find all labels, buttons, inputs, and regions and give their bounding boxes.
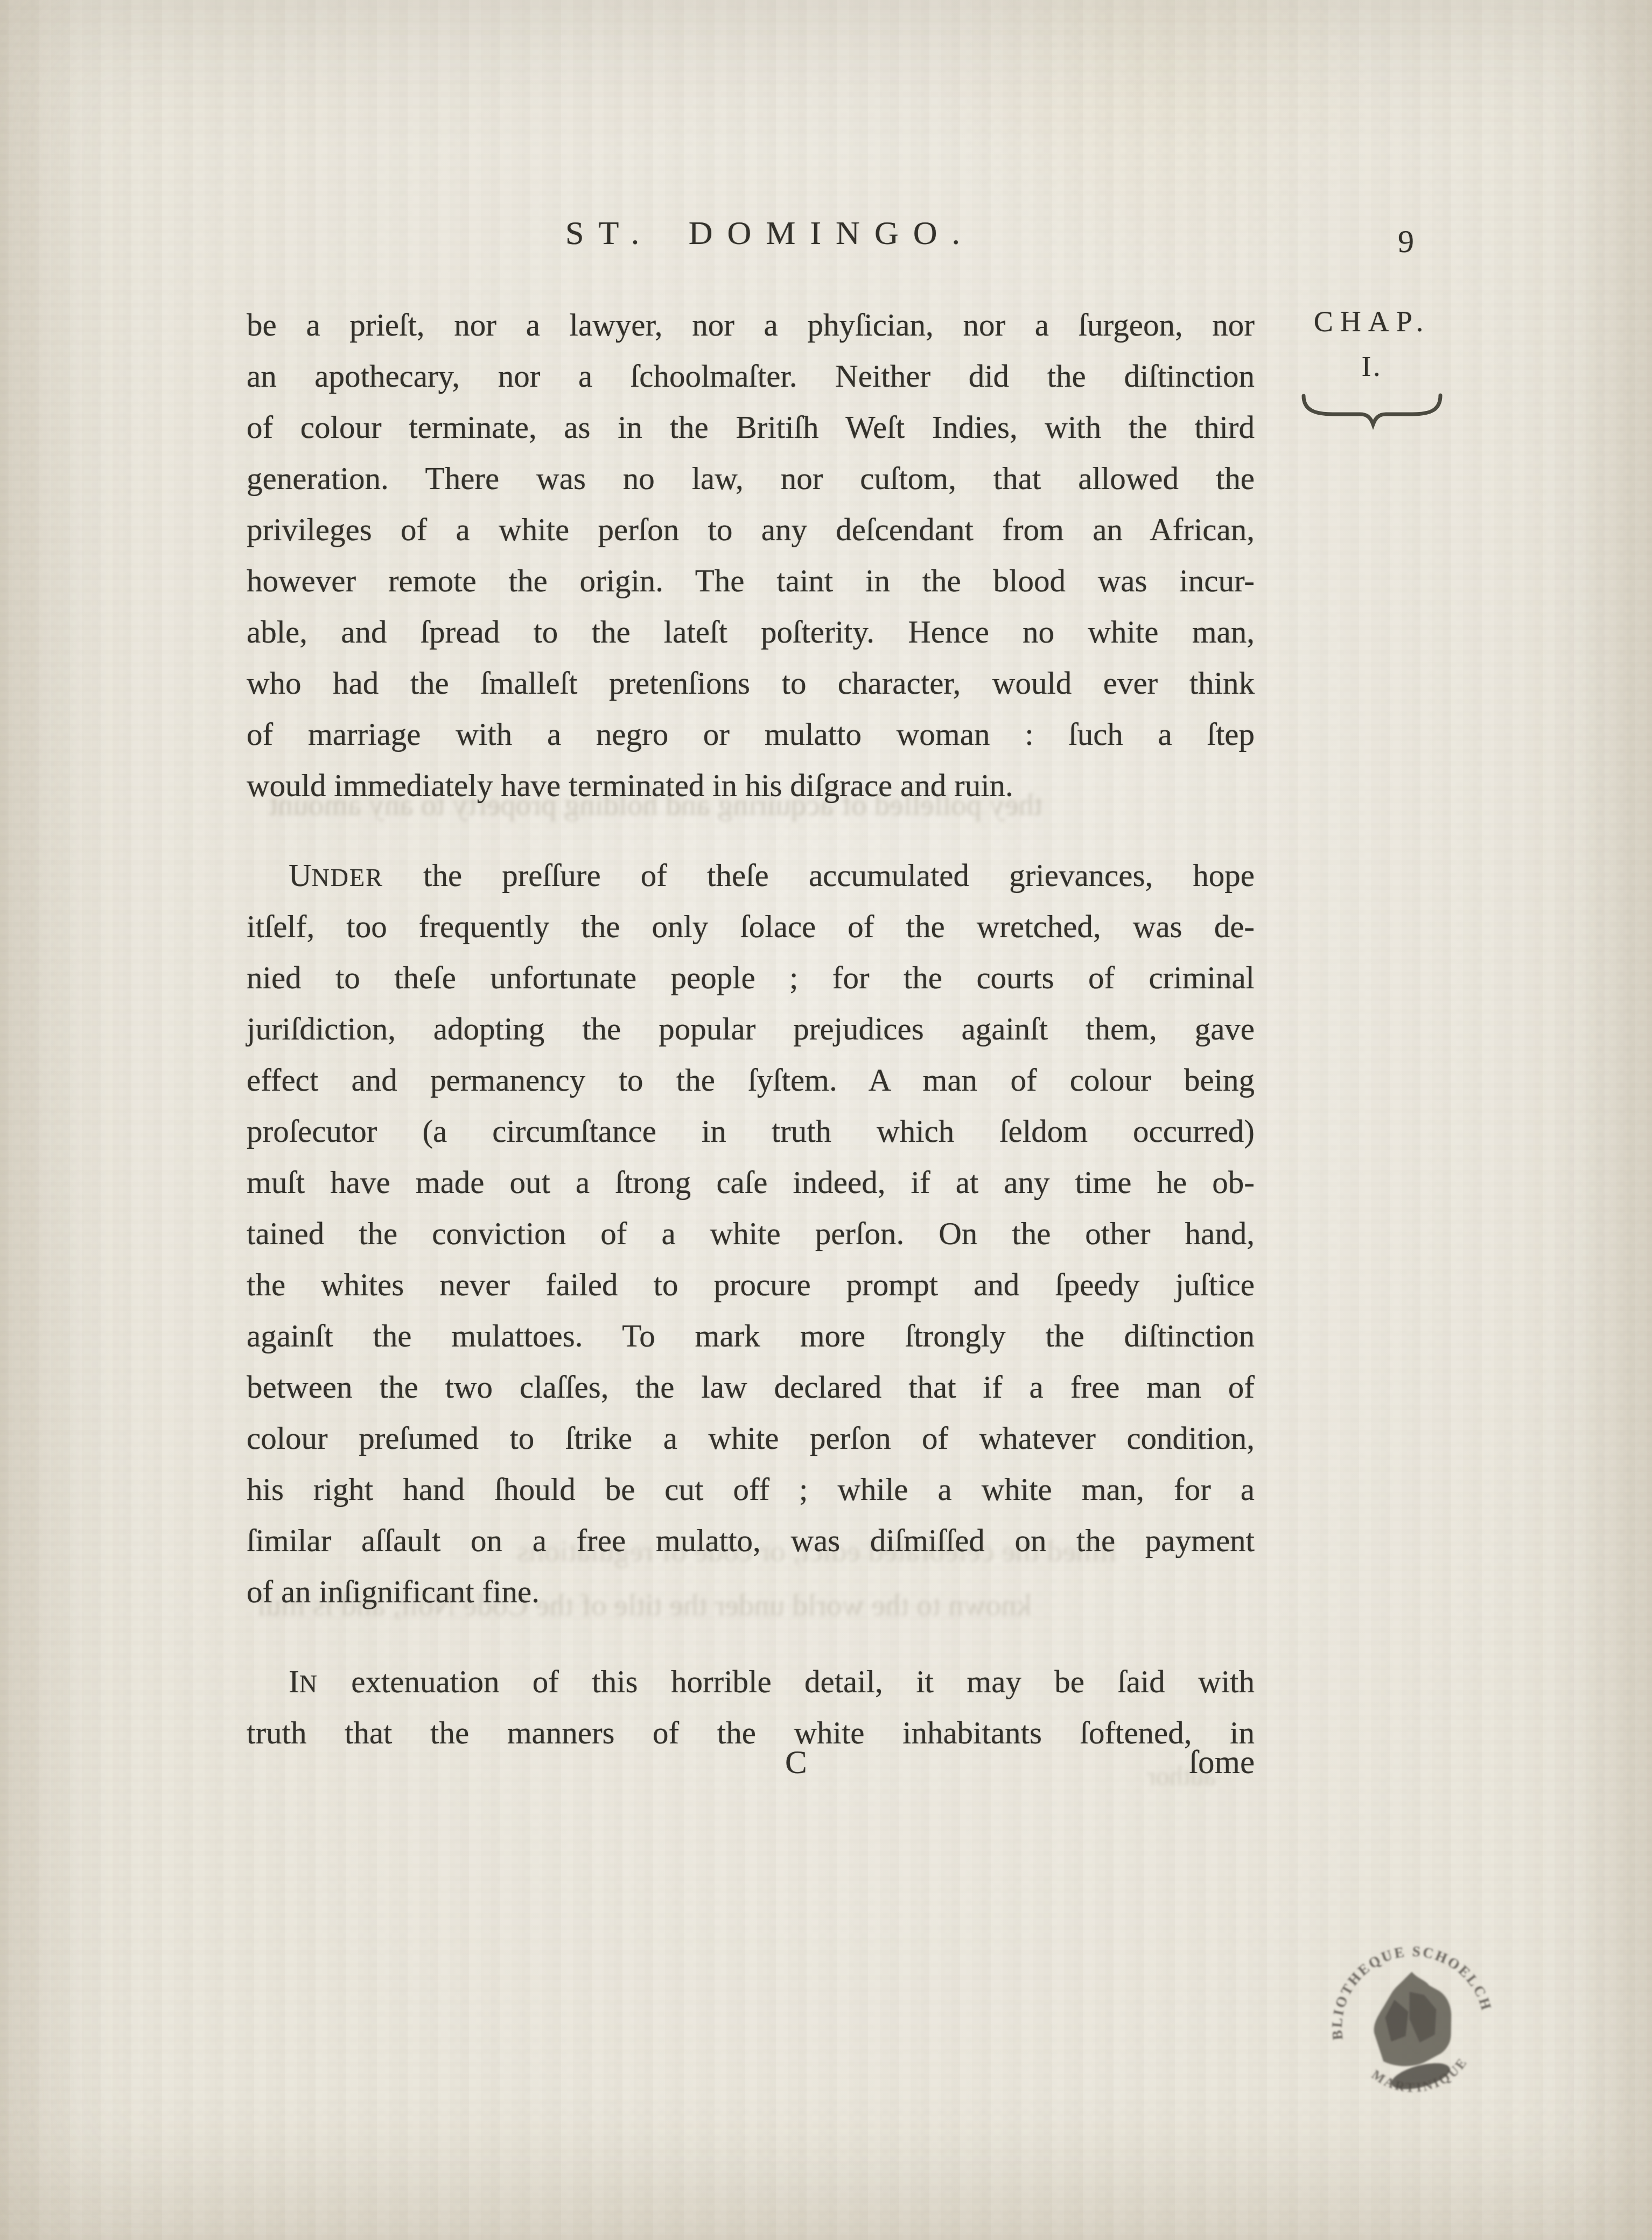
body-line: generation. There was no law, nor cuſtom… xyxy=(247,453,1255,504)
paragraph: be a prieſt, nor a lawyer, nor a phyſici… xyxy=(247,299,1255,811)
body-line: colour preſumed to ſtrike a white perſon… xyxy=(247,1413,1255,1464)
body-line: between the two claſſes, the law declare… xyxy=(247,1362,1255,1413)
body-line: however remote the origin. The taint in … xyxy=(247,555,1255,606)
lead-capital: U xyxy=(289,857,312,893)
page-number: 9 xyxy=(1398,223,1414,260)
body-line: would immediately have terminated in his… xyxy=(247,760,1255,811)
body-line: able, and ſpread to the lateſt poſterity… xyxy=(247,606,1255,658)
body-line: itſelf, too frequently the only ſolace o… xyxy=(247,901,1255,952)
body-line: his right hand ſhould be cut off ; while… xyxy=(247,1464,1255,1515)
lead-small-caps: N xyxy=(299,1670,318,1698)
catchword: ſome xyxy=(1189,1737,1255,1788)
body-line: muſt have made out a ſtrong caſe indeed,… xyxy=(247,1157,1255,1208)
body-text: be a prieſt, nor a lawyer, nor a phyſici… xyxy=(247,299,1255,1758)
body-line: of an inſignificant fine. xyxy=(247,1566,1255,1617)
library-stamp-icon: BIBLIOTHEQUE SCHOELCHER MARTINIQUE xyxy=(1305,1919,1522,2136)
body-line: who had the ſmalleſt pretenſions to char… xyxy=(247,658,1255,709)
body-line: tained the conviction of a white perſon.… xyxy=(247,1208,1255,1259)
chapter-label: CHAP. xyxy=(1297,305,1447,338)
chapter-numeral: I. xyxy=(1297,351,1447,383)
body-line: an apothecary, nor a ſchoolmaſter. Neith… xyxy=(247,351,1255,402)
paragraph: UNDER the preſſure of theſe accumulated … xyxy=(247,850,1255,1617)
page-footer: C ſome xyxy=(247,1737,1255,1788)
lead-small-caps: NDER xyxy=(312,864,383,891)
body-line: UNDER the preſſure of theſe accumulated … xyxy=(247,850,1255,901)
body-line: the whites never failed to procure promp… xyxy=(247,1259,1255,1310)
book-page: ST. DOMINGO. 9 CHAP. I. they poſſeſſed o… xyxy=(0,0,1652,2240)
chapter-margin-note: CHAP. I. xyxy=(1297,305,1447,432)
chapter-brace-icon xyxy=(1300,388,1444,432)
body-line: proſecutor (a circumſtance in truth whic… xyxy=(247,1106,1255,1157)
signature-mark: C xyxy=(785,1737,807,1788)
lead-capital: I xyxy=(289,1664,299,1699)
running-header-title: ST. DOMINGO. xyxy=(247,214,1293,253)
body-line: be a prieſt, nor a lawyer, nor a phyſici… xyxy=(247,299,1255,351)
body-line: juriſdiction, adopting the popular preju… xyxy=(247,1003,1255,1055)
body-line: ſimilar aſſault on a free mulatto, was d… xyxy=(247,1515,1255,1566)
body-line: effect and permanency to the ſyſtem. A m… xyxy=(247,1055,1255,1106)
line-text: extenuation of this horrible detail, it … xyxy=(318,1664,1255,1699)
line-text: the preſſure of theſe accumulated grieva… xyxy=(383,857,1255,893)
body-line: privileges of a white perſon to any deſc… xyxy=(247,504,1255,555)
body-line: nied to theſe unfortunate people ; for t… xyxy=(247,952,1255,1003)
body-line: of colour terminate, as in the Britiſh W… xyxy=(247,402,1255,453)
body-line: againſt the mulattoes. To mark more ſtro… xyxy=(247,1310,1255,1362)
body-line: IN extenuation of this horrible detail, … xyxy=(247,1656,1255,1707)
body-line: of marriage with a negro or mulatto woma… xyxy=(247,709,1255,760)
